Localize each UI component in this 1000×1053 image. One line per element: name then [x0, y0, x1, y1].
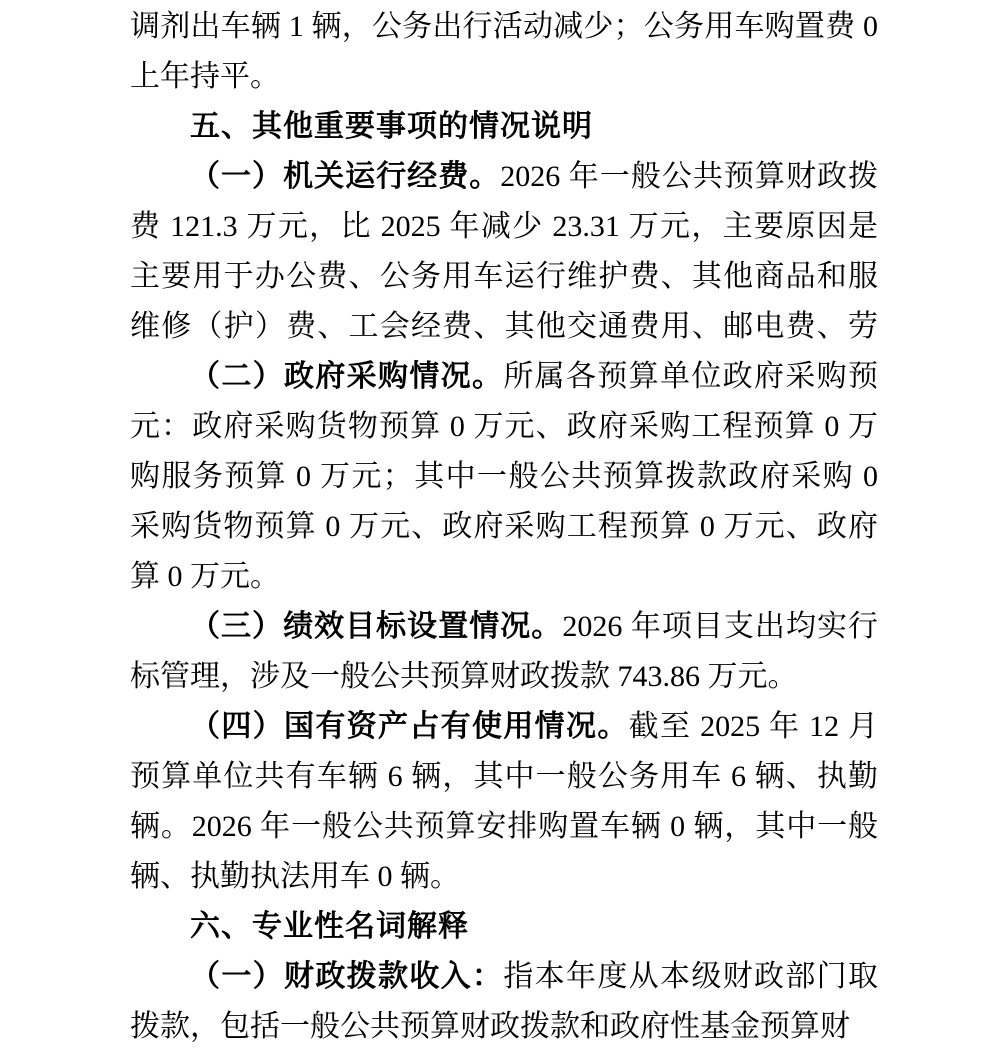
subsection-line: （三）绩效目标设置情况。2026 年项目支出均实行了绩效目: [130, 602, 878, 652]
body-line: 标管理，涉及一般公共预算财政拨款 743.86 万元。: [130, 652, 878, 702]
body-line: 辆。2026 年一般公共预算安排购置车辆 0 辆，其中一般公务用车 0: [130, 802, 878, 852]
body-line: 上年持平。: [130, 52, 878, 102]
document-page: 调剂出车辆 1 辆，公务出行活动减少；公务用车购置费 0 万元，与 上年持平。 …: [0, 0, 1000, 1053]
subsection-lead: （三）绩效目标设置情况。: [190, 610, 562, 643]
body-line: 费 121.3 万元，比 2025 年减少 23.31 万元，主要原因是人员转任…: [130, 202, 878, 252]
body-line: 预算单位共有车辆 6 辆，其中一般公务用车 6 辆、执勤执法用车 0: [130, 752, 878, 802]
body-line: 辆、执勤执法用车 0 辆。: [130, 852, 878, 902]
subsection-lead: （二）政府采购情况。: [190, 360, 503, 393]
subsection-line: （四）国有资产占有使用情况。截至 2025 年 12 月底，所属各: [130, 702, 878, 752]
body-line: 维修（护）费、工会经费、其他交通费用、邮电费、劳务费等。: [130, 302, 878, 352]
subsection-lead: （一）机关运行经费。: [190, 160, 500, 193]
body-line: 拨款，包括一般公共预算财政拨款和政府性基金预算财政拨款。: [130, 1002, 878, 1052]
body-line: 主要用于办公费、公务用车运行维护费、其他商品和服务支出、: [130, 252, 878, 302]
section-heading-6: 六、专业性名词解释: [130, 902, 878, 952]
body-line: 元：政府采购货物预算 0 万元、政府采购工程预算 0 万元、政府采: [130, 402, 878, 452]
body-line: 调剂出车辆 1 辆，公务出行活动减少；公务用车购置费 0 万元，与: [130, 2, 878, 52]
subsection-lead: （四）国有资产占有使用情况。: [190, 710, 629, 743]
subsection-lead: （一）财政拨款收入：: [190, 960, 503, 993]
body-line: 算 0 万元。: [130, 552, 878, 602]
body-line: 采购货物预算 0 万元、政府采购工程预算 0 万元、政府采购服务预: [130, 502, 878, 552]
subsection-line: （一）机关运行经费。2026 年一般公共预算财政拨款运行经: [130, 152, 878, 202]
text-block: 调剂出车辆 1 辆，公务出行活动减少；公务用车购置费 0 万元，与 上年持平。 …: [130, 2, 878, 1052]
body-line: 购服务预算 0 万元；其中一般公共预算拨款政府采购 0 万元：政府: [130, 452, 878, 502]
section-heading-5: 五、其他重要事项的情况说明: [130, 102, 878, 152]
subsection-line: （一）财政拨款收入：指本年度从本级财政部门取得的财政: [130, 952, 878, 1002]
subsection-line: （二）政府采购情况。所属各预算单位政府采购预算总额 0 万: [130, 352, 878, 402]
